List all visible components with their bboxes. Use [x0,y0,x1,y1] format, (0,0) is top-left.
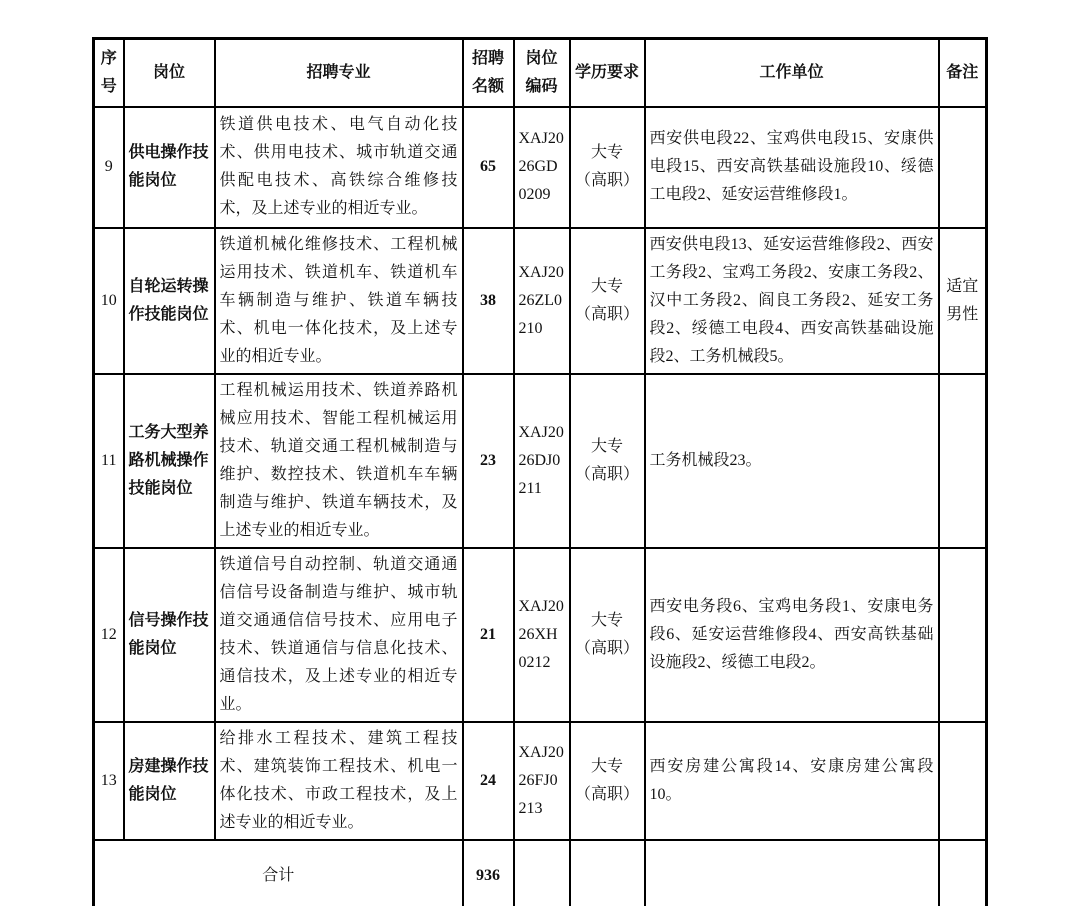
header-row-number: 序号 [94,39,124,107]
table-row: 13 房建操作技能岗位 给排水工程技术、建筑工程技术、建筑装饰工程技术、机电一体… [94,722,987,840]
cell-quota: 38 [463,228,514,374]
cell-remark [939,374,987,548]
cell-remark: 适宜 男性 [939,228,987,374]
cell-majors: 工程机械运用技术、铁道养路机械应用技术、智能工程机械运用技术、轨道交通工程机械制… [215,374,463,548]
cell-row-number: 13 [94,722,124,840]
cell-code: XAJ2026GD0209 [514,107,570,228]
cell-majors: 铁道信号自动控制、轨道交通通信信号设备制造与维护、城市轨道交通通信信号技术、应用… [215,548,463,722]
cell-position: 信号操作技能岗位 [124,548,215,722]
cell-majors: 给排水工程技术、建筑工程技术、建筑装饰工程技术、机电一体化技术、市政工程技术，及… [215,722,463,840]
table-row: 10 自轮运转操作技能岗位 铁道机械化维修技术、工程机械运用技术、铁道机车、铁道… [94,228,987,374]
header-quota: 招聘名额 [463,39,514,107]
cell-total-label: 合计 [94,840,463,906]
cell-code-empty [514,840,570,906]
header-position: 岗位 [124,39,215,107]
document-page: 序号 岗位 招聘专业 招聘名额 岗位编码 学历要求 工作单位 备注 9 供电操作… [0,0,1080,906]
cell-row-number: 10 [94,228,124,374]
table-row: 11 工务大型养路机械操作技能岗位 工程机械运用技术、铁道养路机械应用技术、智能… [94,374,987,548]
table-total-row: 合计 936 [94,840,987,906]
header-majors: 招聘专业 [215,39,463,107]
header-remark: 备注 [939,39,987,107]
cell-education-empty [570,840,645,906]
header-work-units: 工作单位 [645,39,939,107]
cell-work-units: 工务机械段23。 [645,374,939,548]
cell-remark [939,722,987,840]
cell-majors: 铁道供电技术、电气自动化技术、供用电技术、城市轨道交通供配电技术、高铁综合维修技… [215,107,463,228]
cell-education: 大专 （高职） [570,548,645,722]
cell-education: 大专 （高职） [570,374,645,548]
cell-majors: 铁道机械化维修技术、工程机械运用技术、铁道机车、铁道机车车辆制造与维护、铁道车辆… [215,228,463,374]
cell-remark [939,107,987,228]
cell-quota: 24 [463,722,514,840]
cell-remark-empty [939,840,987,906]
cell-code: XAJ2026FJ0213 [514,722,570,840]
cell-work-units: 西安供电段13、延安运营维修段2、西安工务段2、宝鸡工务段2、安康工务段2、汉中… [645,228,939,374]
cell-position: 供电操作技能岗位 [124,107,215,228]
table-header-row: 序号 岗位 招聘专业 招聘名额 岗位编码 学历要求 工作单位 备注 [94,39,987,107]
cell-position: 房建操作技能岗位 [124,722,215,840]
cell-education: 大专 （高职） [570,228,645,374]
cell-position: 自轮运转操作技能岗位 [124,228,215,374]
header-code: 岗位编码 [514,39,570,107]
cell-work-units: 西安电务段6、宝鸡电务段1、安康电务段6、延安运营维修段4、西安高铁基础设施段2… [645,548,939,722]
cell-quota: 23 [463,374,514,548]
cell-row-number: 9 [94,107,124,228]
cell-quota: 65 [463,107,514,228]
cell-education: 大专 （高职） [570,722,645,840]
cell-work-units: 西安房建公寓段14、安康房建公寓段10。 [645,722,939,840]
cell-total-quota: 936 [463,840,514,906]
cell-work-units: 西安供电段22、宝鸡供电段15、安康供电段15、西安高铁基础设施段10、绥德工电… [645,107,939,228]
table-row: 12 信号操作技能岗位 铁道信号自动控制、轨道交通通信信号设备制造与维护、城市轨… [94,548,987,722]
cell-code: XAJ2026DJ0211 [514,374,570,548]
cell-education: 大专 （高职） [570,107,645,228]
cell-row-number: 12 [94,548,124,722]
cell-code: XAJ2026XH0212 [514,548,570,722]
table-row: 9 供电操作技能岗位 铁道供电技术、电气自动化技术、供用电技术、城市轨道交通供配… [94,107,987,228]
cell-quota: 21 [463,548,514,722]
recruitment-table: 序号 岗位 招聘专业 招聘名额 岗位编码 学历要求 工作单位 备注 9 供电操作… [92,37,988,906]
cell-code: XAJ2026ZL0210 [514,228,570,374]
header-education: 学历要求 [570,39,645,107]
cell-work-units-empty [645,840,939,906]
cell-position: 工务大型养路机械操作技能岗位 [124,374,215,548]
cell-row-number: 11 [94,374,124,548]
cell-remark [939,548,987,722]
